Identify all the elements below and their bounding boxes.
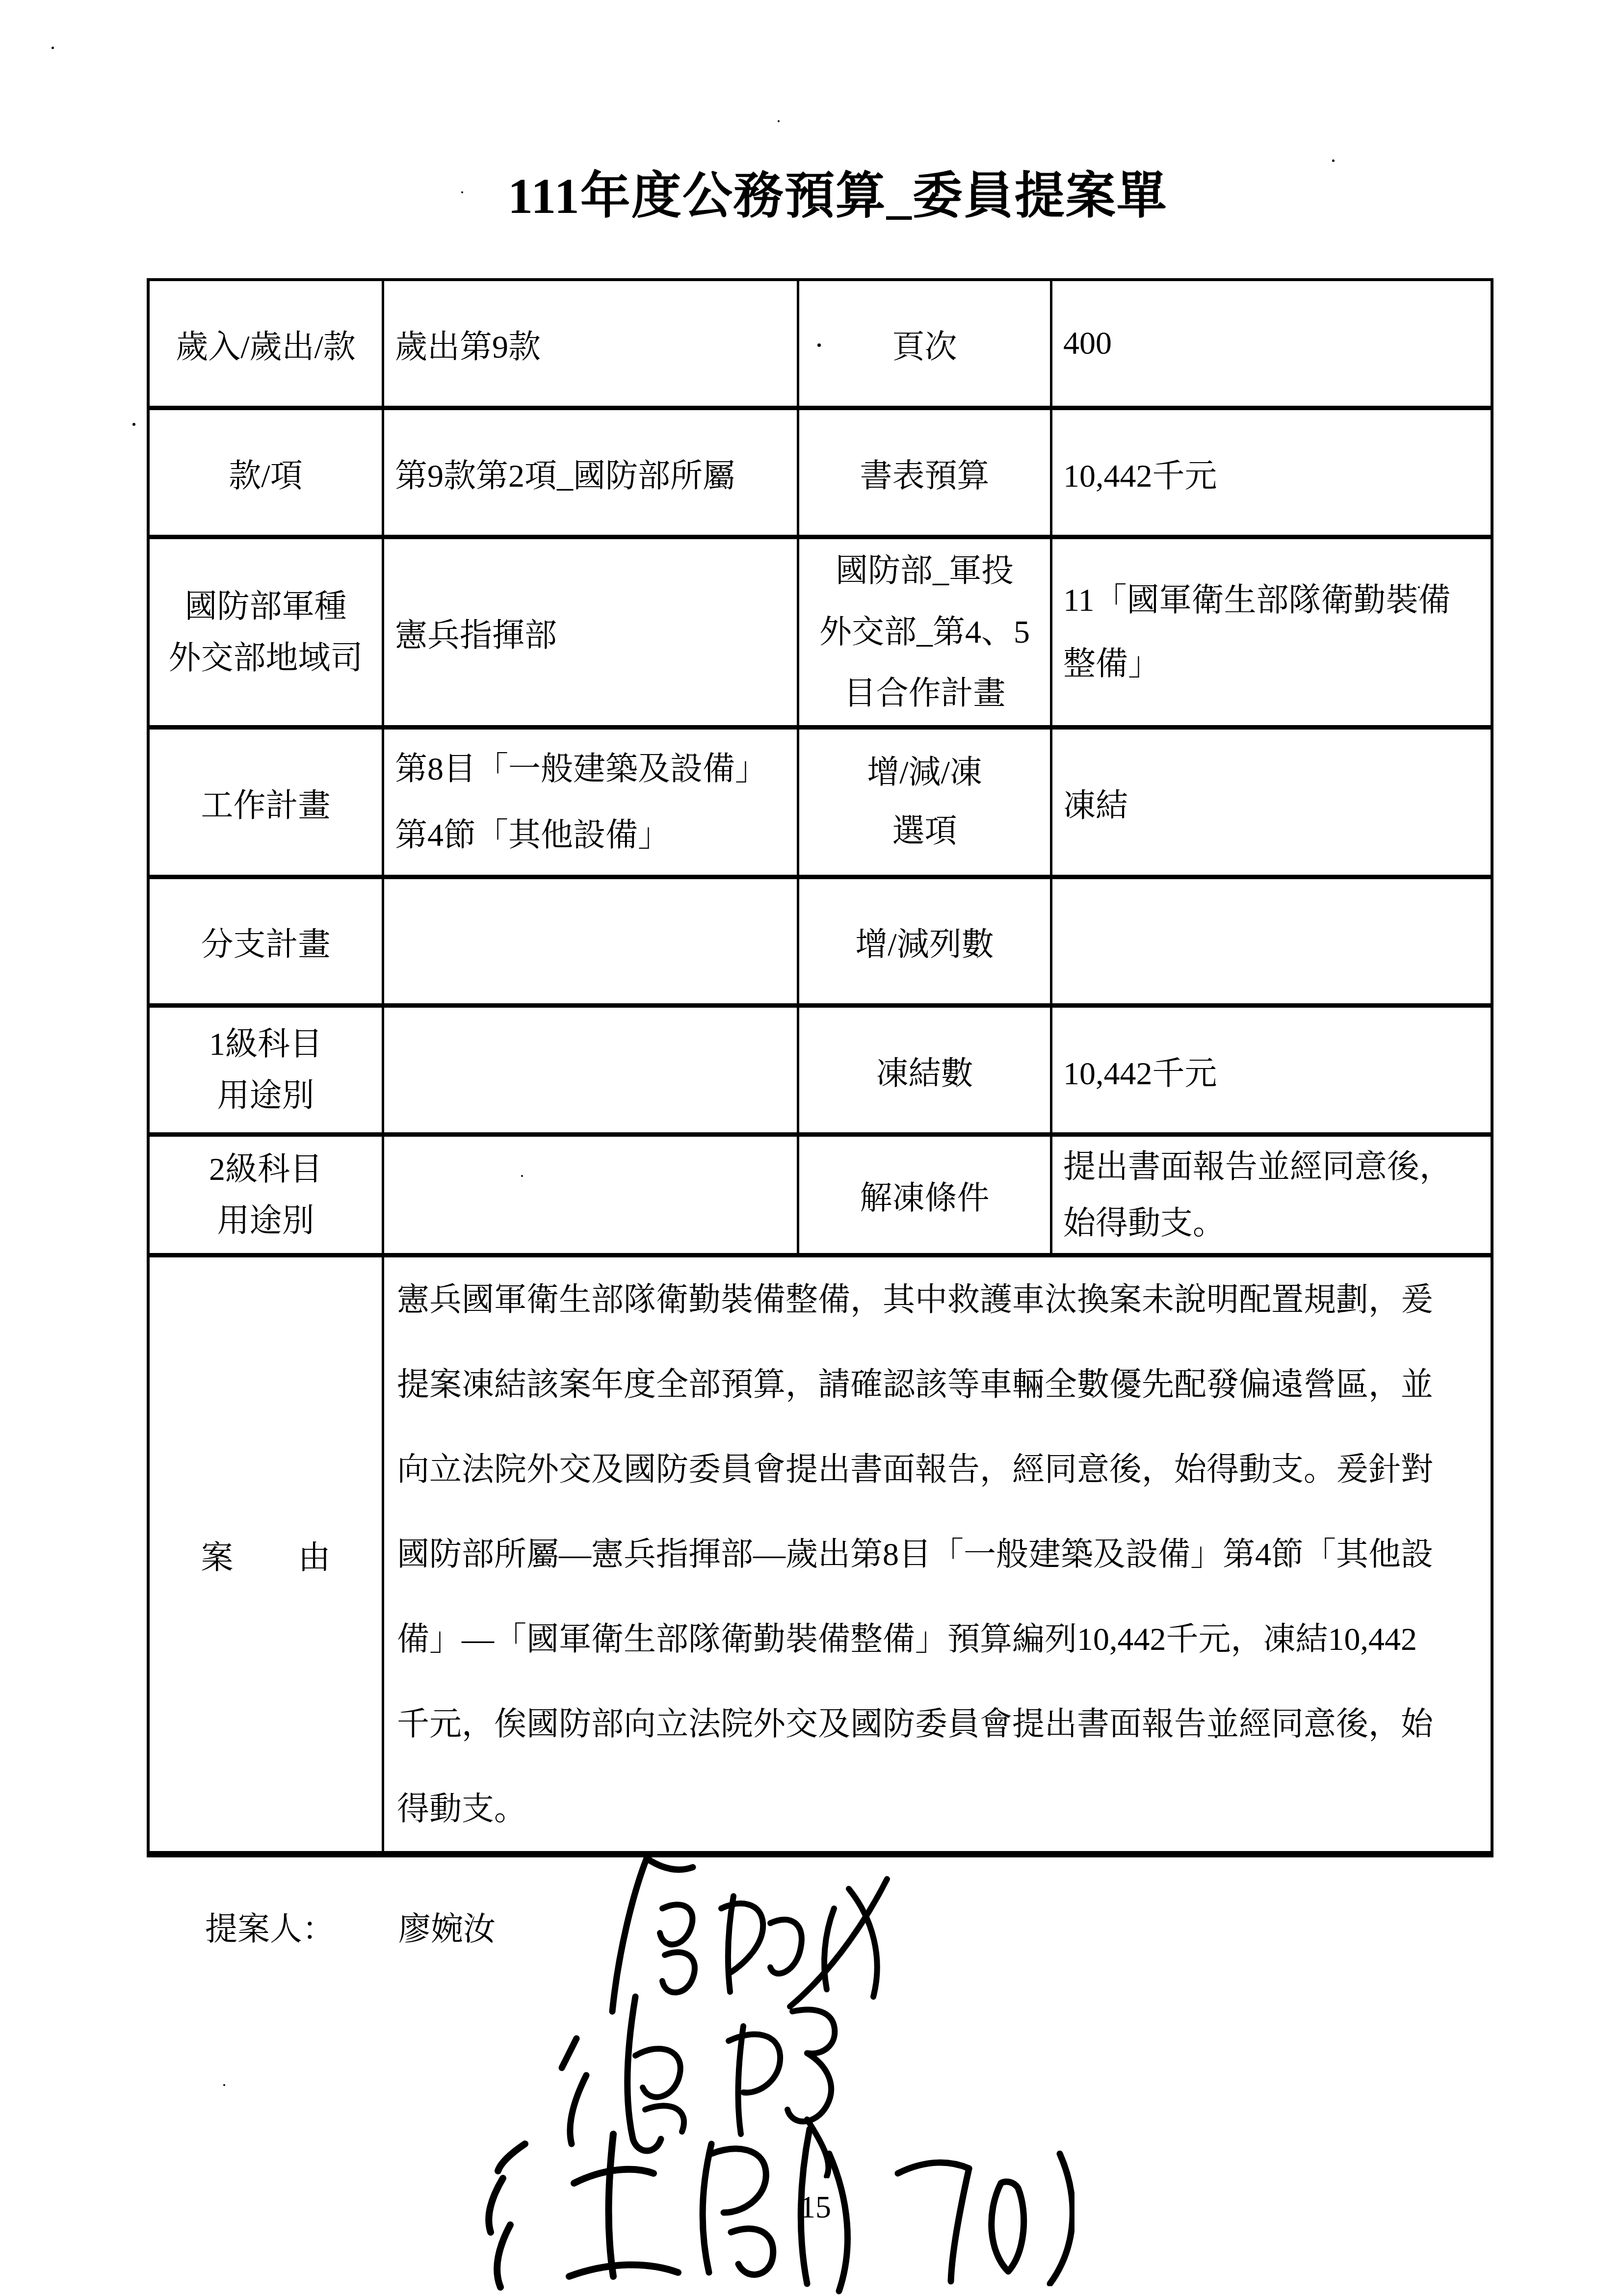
value-level1-subject: [384, 1008, 799, 1137]
value-increase-decrease-freeze-option: 凍結: [1052, 730, 1491, 879]
scan-speck: [223, 2084, 225, 2086]
scan-speck: [132, 423, 135, 426]
page-title: 111年度公務預算_委員提案單: [508, 156, 1168, 228]
scanned-document-page: 111年度公務預算_委員提案單 歲入/歲出/款 歲出第9款 頁次 400 款/項…: [0, 0, 1624, 2296]
label-work-plan: 工作計畫: [150, 730, 384, 879]
label-military-branch: 國防部軍種 外交部地域司: [150, 539, 384, 730]
value-book-budget: 10,442千元: [1052, 410, 1491, 539]
value-cooperation-plan: 11「國軍衛生部隊衛勤裝備 整備」: [1052, 539, 1491, 730]
value-revenue-expenditure-item: 歲出第9款: [384, 281, 799, 410]
scan-speck: [52, 47, 54, 49]
label-increase-decrease-amount: 增/減列數: [799, 879, 1052, 1008]
value-military-branch: 憲兵指揮部: [384, 539, 799, 730]
scan-speck: [1332, 159, 1335, 162]
label-page-index: 頁次: [799, 281, 1052, 410]
signature-mark-707: [878, 2134, 1074, 2286]
label-cooperation-plan: 國防部_軍投 外交部_第4、5 目合作計畫: [799, 539, 1052, 730]
scan-speck: [778, 120, 780, 122]
scan-speck: [461, 191, 463, 193]
label-level2-subject: 2級科目 用途別: [150, 1137, 384, 1257]
proposer-name-printed: 廖婉汝: [398, 1903, 496, 1949]
proposal-form-table: 歲入/歲出/款 歲出第9款 頁次 400 款/項 第9款第2項_國防部所屬 書表…: [147, 278, 1493, 1857]
value-item-section: 第9款第2項_國防部所屬: [384, 410, 799, 539]
value-frozen-amount: 10,442千元: [1052, 1008, 1491, 1137]
value-increase-decrease-amount: [1052, 879, 1491, 1008]
case-description-text: 憲兵國軍衛生部隊衛勤裝備整備，其中救護車汰換案未說明配置規劃，爰 提案凍結該案年…: [384, 1257, 1491, 1851]
label-case-subject: 案 由: [150, 1257, 384, 1851]
label-book-budget: 書表預算: [799, 410, 1052, 539]
scan-speck: [521, 1175, 523, 1177]
label-unfreeze-condition: 解凍條件: [799, 1137, 1052, 1257]
label-frozen-amount: 凍結數: [799, 1008, 1052, 1137]
value-unfreeze-condition: 提出書面報告並經同意後， 始得動支。: [1052, 1137, 1491, 1257]
label-branch-plan: 分支計畫: [150, 879, 384, 1008]
value-page-index: 400: [1052, 281, 1491, 410]
proposer-label: 提案人：: [205, 1903, 335, 1949]
value-level2-subject: [384, 1137, 799, 1257]
value-work-plan: 第8目「一般建築及設備」 第4節「其他設備」: [384, 730, 799, 879]
label-revenue-expenditure-item: 歲入/歲出/款: [150, 281, 384, 410]
scan-speck: [1215, 1736, 1217, 1738]
label-item-section: 款/項: [150, 410, 384, 539]
value-branch-plan: [384, 879, 799, 1008]
scan-speck: [1418, 586, 1420, 588]
label-increase-decrease-freeze-option: 增/減/凍 選項: [799, 730, 1052, 879]
page-number: 15: [800, 2189, 831, 2225]
scan-speck: [817, 343, 821, 347]
label-level1-subject: 1級科目 用途別: [150, 1008, 384, 1137]
